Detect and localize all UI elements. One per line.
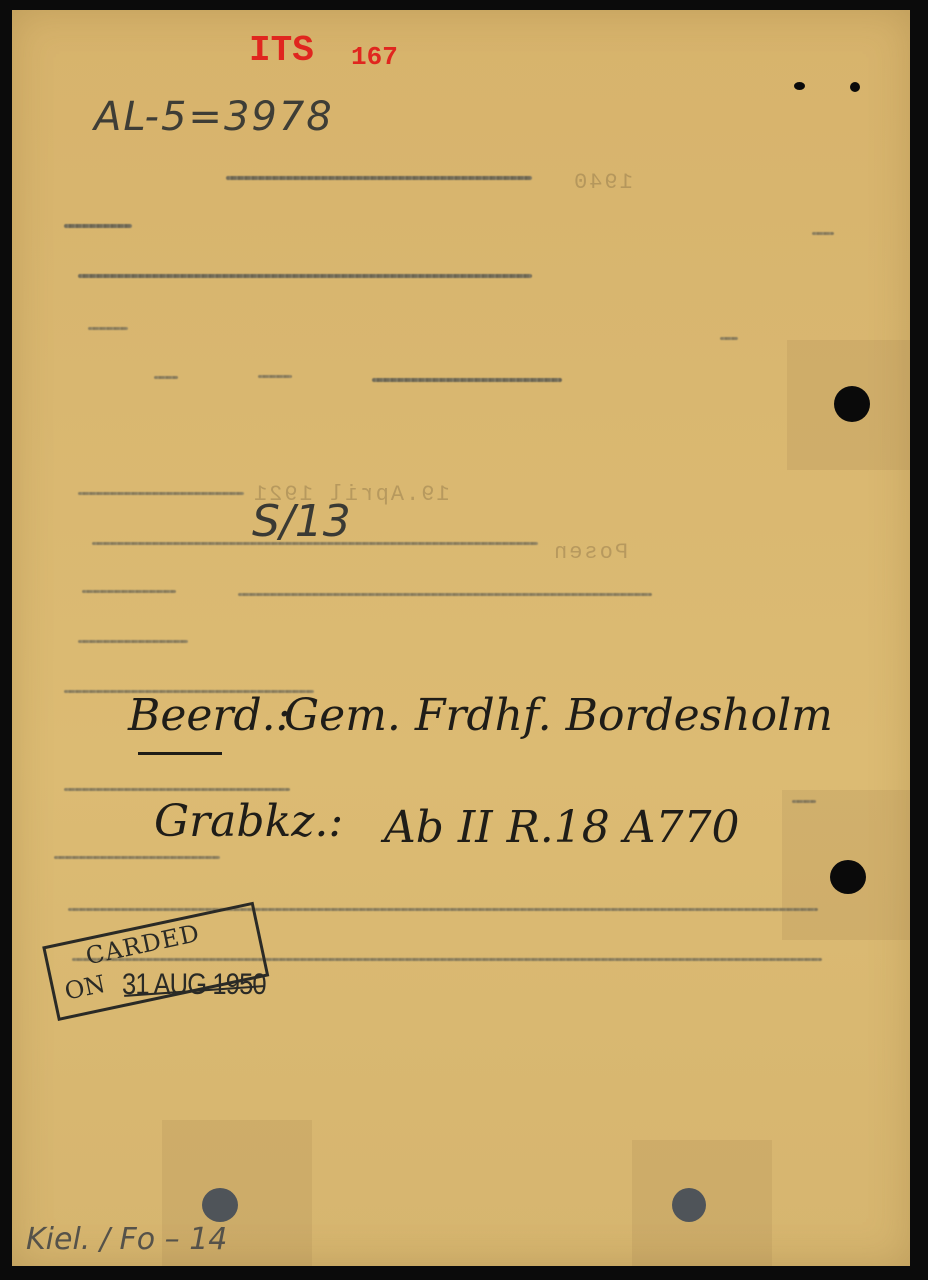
burial-note-text: Gem. Frdhf. Bordesholm xyxy=(284,690,833,741)
burial-note-prefix: Beerd.: xyxy=(128,690,290,741)
signature-initials: S/13 xyxy=(252,496,351,547)
punch-mark xyxy=(794,82,805,90)
punch-mark xyxy=(850,82,860,92)
carded-stamp-label: CARDED xyxy=(83,919,202,970)
binder-hole xyxy=(834,386,870,422)
redaction-line xyxy=(82,590,176,593)
footer-note: Kiel. / Fo – 14 xyxy=(26,1222,227,1257)
redaction-line xyxy=(54,856,220,859)
its-stamp-number: 167 xyxy=(351,42,398,72)
redaction-line xyxy=(238,593,652,596)
reference-number: AL-5=3978 xyxy=(94,94,334,140)
redaction-line xyxy=(258,375,292,378)
redaction-line xyxy=(78,274,532,278)
redaction-line xyxy=(792,800,816,803)
binder-hole xyxy=(202,1188,238,1222)
its-stamp-label: ITS xyxy=(249,30,314,71)
redaction-line xyxy=(64,224,132,228)
redaction-line xyxy=(78,492,244,495)
redaction-line xyxy=(720,337,738,340)
binder-hole xyxy=(830,860,866,894)
redaction-line xyxy=(154,376,178,379)
bleed-through-text: Posen xyxy=(552,540,628,565)
redaction-line xyxy=(64,788,290,791)
redaction-line xyxy=(68,908,818,911)
carded-stamp-date: 31 AUG 1950 xyxy=(122,968,266,1002)
redaction-line xyxy=(226,176,532,180)
document-paper: ITS 167 AL-5=3978 1940 19.April 1921 Pos… xyxy=(12,10,910,1266)
redaction-line xyxy=(78,640,188,643)
redaction-line xyxy=(372,378,562,382)
grave-note-text: Ab II R.18 A770 xyxy=(384,802,740,853)
grave-note-prefix: Grabkz.: xyxy=(154,796,343,847)
redaction-line xyxy=(812,232,834,235)
carded-stamp: CARDED ON xyxy=(42,902,269,1021)
redaction-line xyxy=(88,327,128,330)
underline xyxy=(138,752,222,755)
binder-hole xyxy=(672,1188,706,1222)
bleed-through-text: 1940 xyxy=(572,170,633,195)
carded-stamp-on: ON xyxy=(62,970,108,1006)
